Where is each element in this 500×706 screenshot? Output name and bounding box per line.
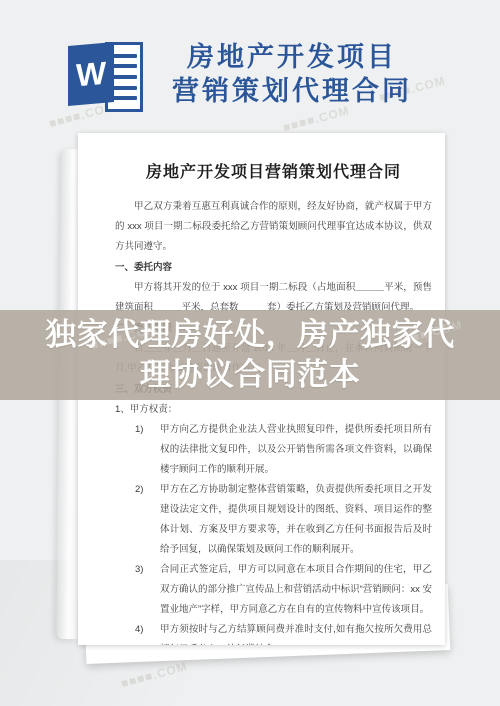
caption-banner: 独家代理房好处，房产独家代 理协议合同范本 [0,310,500,400]
preview-title: 房地产开发项目 营销策划代理合同 [142,40,442,108]
clause-row: 4) 甲方须按时与乙方结算顾问费并准时支付,如有拖欠按所欠费用总额每日千分之二计… [135,620,432,645]
clause-number: 3) [135,560,160,620]
clause-text: 甲方须按时与乙方结算顾问费并准时支付,如有拖欠按所欠费用总额每日千分之二计付滞纳… [160,620,432,645]
contract-title: 房地产开发项目营销策划代理合同 [115,163,432,183]
clause-text: 合同正式签定后，甲方可以同意在本项目合作期间的住宅，甲乙双方确认的部分推广宣传品… [160,560,432,620]
word-icon: W [68,40,140,110]
clause-row: 3) 合同正式签定后，甲方可以同意在本项目合作期间的住宅，甲乙双方确认的部分推广… [135,560,432,620]
clause-text: 甲方在乙方协助制定整体营销策略，负责提供所委托项目之开发建设法定文件，提供项目规… [160,480,432,560]
party-a-duties-heading: 1、甲方权责： [115,400,432,420]
clause-row: 1) 甲方向乙方提供企业法人营业执照复印件，提供所委托项目所有权的法律批文复印件… [135,420,432,480]
contract-intro: 甲乙双方秉着互惠互利真诚合作的原则，经友好协商，就产权属于甲方的 xxx 项目一… [115,197,432,257]
word-icon-line [111,54,137,58]
clause-row: 2) 甲方在乙方协助制定整体营销策略，负责提供所委托项目之开发建设法定文件，提供… [135,480,432,560]
caption-line2: 理协议合同范本 [140,355,361,395]
word-icon-line [111,86,137,90]
word-icon-line [111,75,137,79]
preview-header: W 房地产开发项目 营销策划代理合同 [0,0,500,133]
clause-number: 2) [135,480,160,560]
preview-title-line2: 营销策划代理合同 [142,74,442,108]
preview-title-line1: 房地产开发项目 [142,40,442,74]
clause-number: 4) [135,620,160,645]
word-icon-letter: W [68,42,114,106]
document-preview-canvas: ■■■■.COM ■■■■.COM ■■■■.COM ■■■■.COM ■■■■… [0,0,500,706]
watermark: ■■■■.COM [119,659,189,690]
word-icon-line [111,64,137,68]
word-icon-line [111,96,137,100]
section1-heading: 一、委托内容 [115,258,432,278]
clause-number: 1) [135,420,160,480]
clause-text: 甲方向乙方提供企业法人营业执照复印件，提供所委托项目所有权的法律批文复印件，以及… [160,420,432,480]
